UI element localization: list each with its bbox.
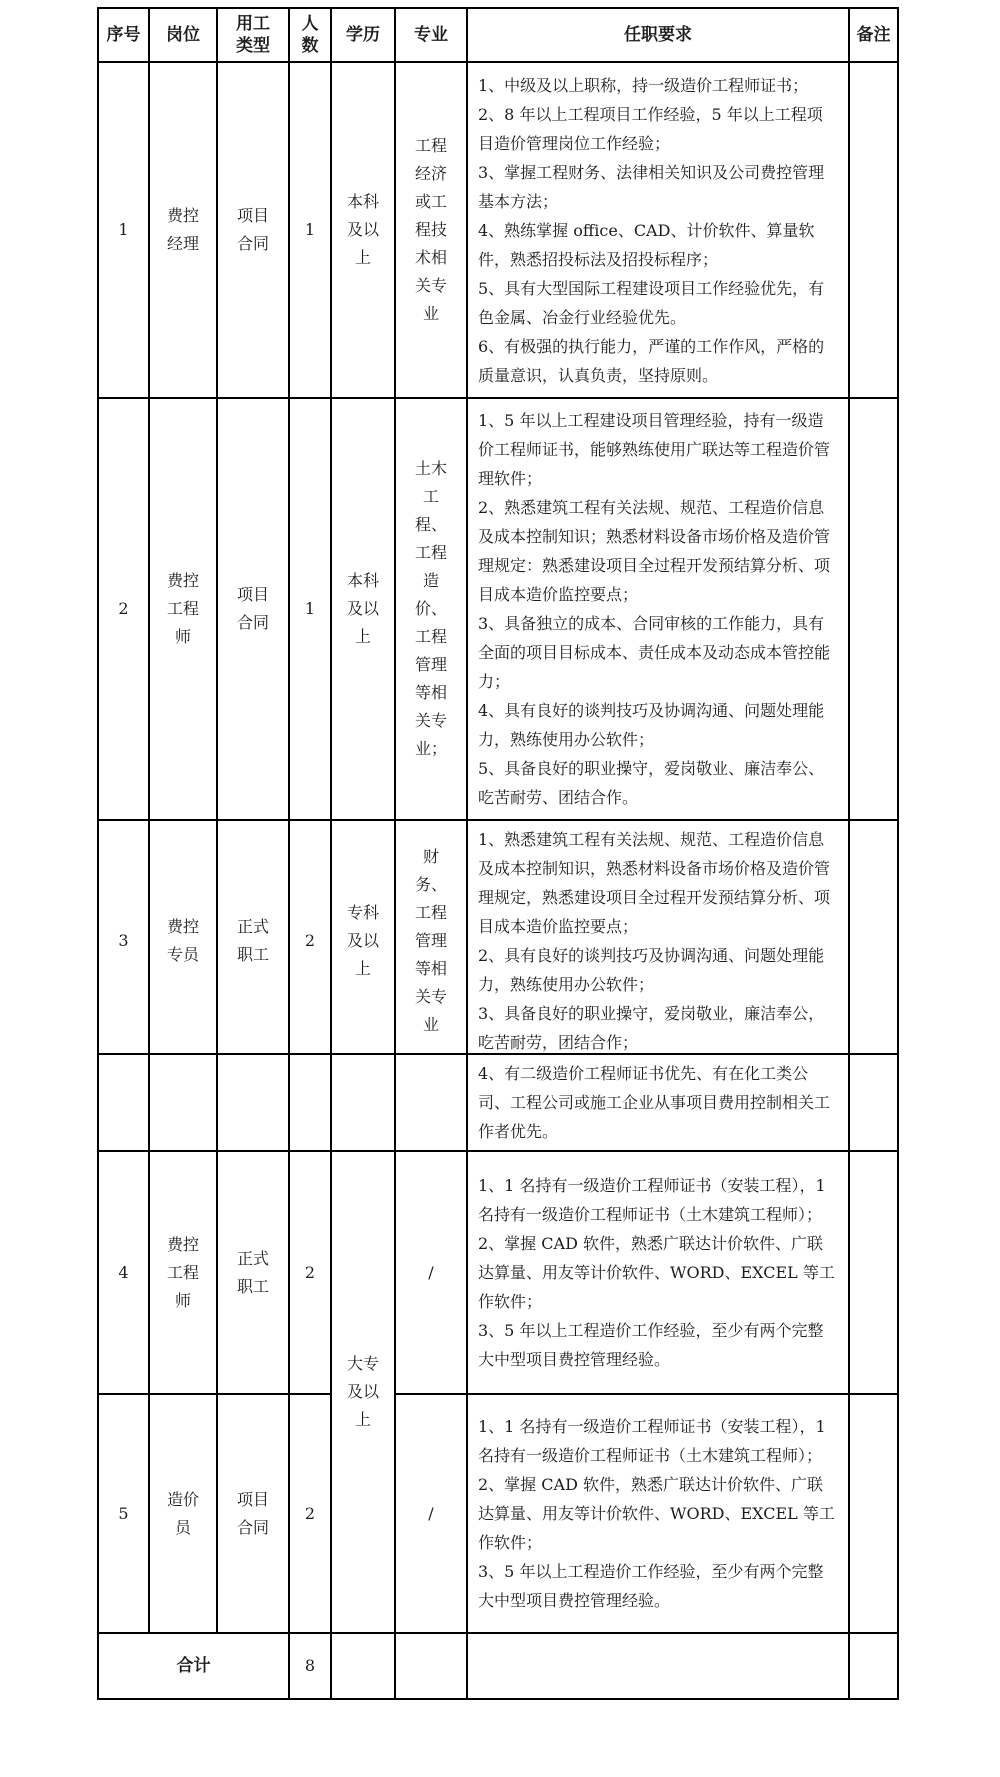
cell-emp-type: 正式 职工 [217,820,289,1062]
header-major: 专业 [395,8,467,62]
cell-total-count: 8 [289,1633,331,1699]
cell-requirements: 1、熟悉建筑工程有关法规、规范、工程造价信息及成本控制知识，熟悉材料设备市场价格… [467,820,849,1062]
cell-count: 1 [289,62,331,398]
cell-no: 2 [98,398,149,820]
header-remark: 备注 [849,8,898,62]
cell-position: 费控 工程 师 [149,1151,217,1394]
table-row-3-continuation: 4、有二级造价工程师证书优先、有在化工类公司、工程公司或施工企业从事项目费用控制… [98,1054,898,1151]
table-row-1: 1 费控 经理 项目 合同 1 本科 及以 上 工程 经济 或工 程技 术相 关… [98,62,898,398]
cell-education [331,1054,395,1151]
cell-count: 2 [289,1394,331,1633]
cell-count: 2 [289,820,331,1062]
cell-no: 3 [98,820,149,1062]
table-row-5: 5 造价 员 项目 合同 2 / 1、1 名持有一级造价工程师证书（安装工程），… [98,1394,898,1633]
table-header-row: 序号 岗位 用工 类型 人 数 学历 专业 任职要求 备注 [98,8,898,62]
header-education: 学历 [331,8,395,62]
recruitment-table-part1: 序号 岗位 用工 类型 人 数 学历 专业 任职要求 备注 1 费控 经理 项目… [97,7,899,1063]
cell-count: 2 [289,1151,331,1394]
cell-remark [849,62,898,398]
header-count: 人 数 [289,8,331,62]
cell-count: 1 [289,398,331,820]
document-page: 序号 岗位 用工 类型 人 数 学历 专业 任职要求 备注 1 费控 经理 项目… [0,0,1000,1777]
header-no: 序号 [98,8,149,62]
cell-remark [849,1054,898,1151]
cell-major: / [395,1151,467,1394]
cell-emp-type: 项目 合同 [217,398,289,820]
cell-position: 造价 员 [149,1394,217,1633]
cell-position: 费控 经理 [149,62,217,398]
cell-emp-type: 正式 职工 [217,1151,289,1394]
table-row-2: 2 费控 工程 师 项目 合同 1 本科 及以 上 土木 工 程、 工程 造 价… [98,398,898,820]
cell-position [149,1054,217,1151]
cell-education [331,1633,395,1699]
cell-no: 4 [98,1151,149,1394]
cell-emp-type: 项目 合同 [217,62,289,398]
cell-remark [849,1151,898,1394]
cell-emp-type [217,1054,289,1151]
cell-education: 本科 及以 上 [331,398,395,820]
cell-requirements-continuation: 4、有二级造价工程师证书优先、有在化工类公司、工程公司或施工企业从事项目费用控制… [467,1054,849,1151]
cell-remark [849,1394,898,1633]
recruitment-table-part2: 4、有二级造价工程师证书优先、有在化工类公司、工程公司或施工企业从事项目费用控制… [97,1053,899,1700]
cell-major: 财 务、 工程 管理 等相 关专 业 [395,820,467,1062]
cell-major [395,1054,467,1151]
cell-remark [849,1633,898,1699]
table-total-row: 合计 8 [98,1633,898,1699]
cell-major: 工程 经济 或工 程技 术相 关专 业 [395,62,467,398]
cell-requirements [467,1633,849,1699]
header-emp-type: 用工 类型 [217,8,289,62]
cell-education-merged: 大专 及以 上 [331,1151,395,1633]
cell-requirements: 1、中级及以上职称，持一级造价工程师证书； 2、8 年以上工程项目工作经验，5 … [467,62,849,398]
header-requirements: 任职要求 [467,8,849,62]
cell-requirements: 1、1 名持有一级造价工程师证书（安装工程），1 名持有一级造价工程师证书（土木… [467,1394,849,1633]
cell-total-label: 合计 [98,1633,289,1699]
cell-major [395,1633,467,1699]
cell-position: 费控 专员 [149,820,217,1062]
cell-major: / [395,1394,467,1633]
cell-requirements: 1、5 年以上工程建设项目管理经验，持有一级造价工程师证书，能够熟练使用广联达等… [467,398,849,820]
table-row-3: 3 费控 专员 正式 职工 2 专科 及以 上 财 务、 工程 管理 等相 关专… [98,820,898,1062]
cell-remark [849,820,898,1062]
cell-no: 5 [98,1394,149,1633]
header-position: 岗位 [149,8,217,62]
cell-no: 1 [98,62,149,398]
cell-education: 本科 及以 上 [331,62,395,398]
table-row-4: 4 费控 工程 师 正式 职工 2 大专 及以 上 / 1、1 名持有一级造价工… [98,1151,898,1394]
cell-requirements: 1、1 名持有一级造价工程师证书（安装工程），1 名持有一级造价工程师证书（土木… [467,1151,849,1394]
cell-count [289,1054,331,1151]
cell-position: 费控 工程 师 [149,398,217,820]
cell-emp-type: 项目 合同 [217,1394,289,1633]
cell-no [98,1054,149,1151]
cell-major: 土木 工 程、 工程 造 价、 工程 管理 等相 关专 业； [395,398,467,820]
cell-education: 专科 及以 上 [331,820,395,1062]
cell-remark [849,398,898,820]
